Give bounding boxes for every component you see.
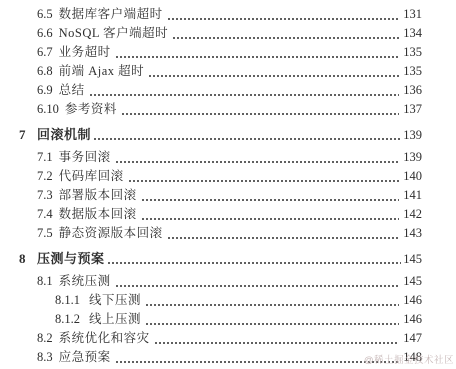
dotted-leader	[146, 304, 399, 306]
toc-entry-title: 静态资源版本回滚	[59, 224, 163, 243]
toc-entry: 7.3 部署版本回滚 141	[0, 186, 422, 205]
toc-entry-title: 部署版本回滚	[59, 186, 137, 205]
toc-entry-number: 7.4	[37, 205, 53, 224]
toc-entry-number: 8.1	[37, 272, 53, 291]
toc-entry-number: 8.2	[37, 329, 53, 348]
toc-entry-number: 8	[19, 249, 37, 268]
toc-entry: 7 回滚机制 139	[0, 125, 422, 144]
dotted-leader	[149, 75, 399, 77]
toc-entry-title: 系统压测	[59, 272, 111, 291]
toc-entry-page: 142	[402, 205, 422, 224]
toc-entry-title: 回滚机制	[37, 125, 91, 144]
toc-entry: 6.10 参考资料 137	[0, 100, 422, 119]
toc-entry-title: 数据版本回滚	[59, 205, 137, 224]
toc-entry-title: 系统优化和容灾	[59, 329, 150, 348]
toc-entry: 6.9 总结 136	[0, 81, 422, 100]
toc-entry: 8 压测与预案 145	[0, 249, 422, 268]
toc-entry-title: NoSQL 客户端超时	[59, 24, 169, 43]
toc-entry-number: 7	[19, 125, 37, 144]
toc-entry-number: 6.8	[37, 62, 53, 81]
dotted-leader	[116, 161, 399, 163]
toc-entry-title: 事务回滚	[59, 148, 111, 167]
toc-entry-number: 6.10	[37, 100, 59, 119]
toc-entry-number: 7.1	[37, 148, 53, 167]
toc-entry-page: 139	[402, 126, 422, 145]
toc-entry: 7.4 数据版本回滚 142	[0, 205, 422, 224]
dotted-leader	[146, 323, 399, 325]
toc-entry-title: 参考资料	[65, 100, 117, 119]
toc-entry-page: 137	[402, 100, 422, 119]
toc-entry-page: 135	[402, 62, 422, 81]
toc-entry-number: 6.5	[37, 5, 53, 24]
toc-entry-page: 140	[402, 167, 422, 186]
toc-entry-page: 136	[402, 81, 422, 100]
toc-entry-page: 131	[402, 5, 422, 24]
toc-entry-page: 145	[402, 250, 422, 269]
toc-entry: 6.5 数据库客户端超时 131	[0, 5, 422, 24]
dotted-leader	[116, 56, 399, 58]
dotted-leader	[168, 237, 399, 239]
dotted-leader	[122, 113, 399, 115]
toc-entry-page: 147	[402, 329, 422, 348]
toc-entry: 8.1.1 线下压测 146	[0, 291, 422, 310]
toc-entry: 8.2 系统优化和容灾 147	[0, 329, 422, 348]
toc-entry: 7.1 事务回滚 139	[0, 148, 422, 167]
toc-entry-number: 8.1.2	[55, 310, 80, 329]
toc-entry-number: 7.2	[37, 167, 53, 186]
toc-entry-title: 代码库回滚	[59, 167, 124, 186]
toc-entry: 6.8 前端 Ajax 超时 135	[0, 62, 422, 81]
dotted-leader	[108, 262, 401, 264]
toc-entry: 7.2 代码库回滚 140	[0, 167, 422, 186]
toc-list: 6.5 数据库客户端超时 131 6.6 NoSQL 客户端超时 134 6.7…	[0, 0, 456, 367]
dotted-leader	[142, 199, 399, 201]
toc-entry-page: 146	[402, 291, 422, 310]
dotted-leader	[94, 138, 401, 140]
toc-entry-title: 业务超时	[59, 43, 111, 62]
toc-entry-number: 8.3	[37, 348, 53, 367]
dotted-leader	[116, 361, 399, 363]
toc-entry-number: 6.6	[37, 24, 53, 43]
toc-entry-title: 数据库客户端超时	[59, 5, 163, 24]
toc-entry-page: 141	[402, 186, 422, 205]
toc-entry: 6.6 NoSQL 客户端超时 134	[0, 24, 422, 43]
toc-entry-page: 135	[402, 43, 422, 62]
toc-entry: 8.1 系统压测 145	[0, 272, 422, 291]
toc-entry-number: 6.7	[37, 43, 53, 62]
toc-entry-page: 145	[402, 272, 422, 291]
toc-entry: 7.5 静态资源版本回滚 143	[0, 224, 422, 243]
dotted-leader	[155, 342, 399, 344]
toc-entry-number: 7.3	[37, 186, 53, 205]
toc-entry-page: 139	[402, 148, 422, 167]
toc-entry: 8.1.2 线上压测 146	[0, 310, 422, 329]
toc-entry-page: 134	[402, 24, 422, 43]
dotted-leader	[168, 18, 399, 20]
toc-entry: 6.7 业务超时 135	[0, 43, 422, 62]
toc-entry-number: 8.1.1	[55, 291, 80, 310]
toc-entry-page: 146	[402, 310, 422, 329]
toc-entry-page: 148	[402, 348, 422, 367]
toc-entry-number: 7.5	[37, 224, 53, 243]
toc-entry-title: 线下压测	[89, 291, 141, 310]
toc-entry-title: 线上压测	[89, 310, 141, 329]
toc-entry-title: 应急预案	[59, 348, 111, 367]
toc-entry-page: 143	[402, 224, 422, 243]
dotted-leader	[116, 285, 399, 287]
dotted-leader	[129, 180, 399, 182]
dotted-leader	[173, 37, 399, 39]
toc-entry-title: 总结	[59, 81, 85, 100]
toc-entry-title: 压测与预案	[37, 249, 105, 268]
toc-entry: 8.3 应急预案 148	[0, 348, 422, 367]
toc-entry-number: 6.9	[37, 81, 53, 100]
toc-entry-title: 前端 Ajax 超时	[59, 62, 145, 81]
dotted-leader	[90, 94, 399, 96]
dotted-leader	[142, 218, 399, 220]
